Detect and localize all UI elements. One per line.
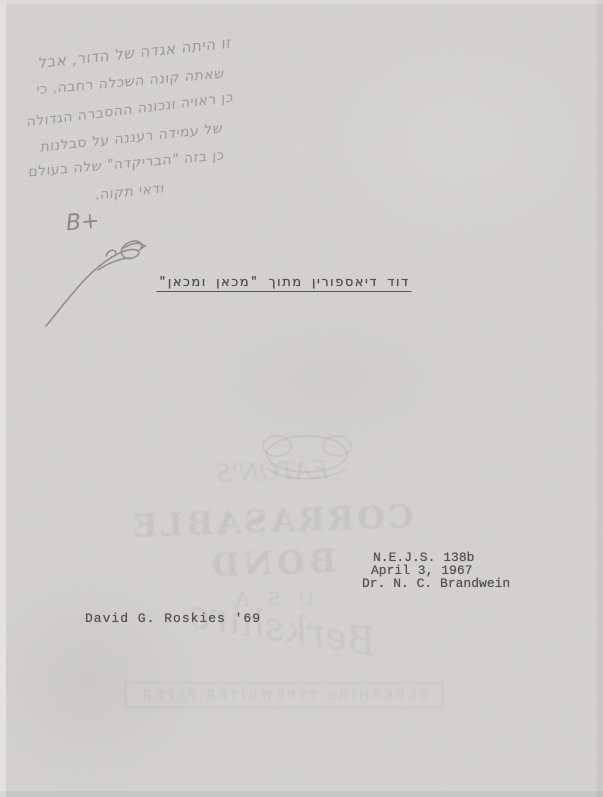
scan-edge-bottom: [0, 791, 603, 797]
paper-title: דוד דיאספורין מתוך "מכאן ומכאן": [156, 276, 411, 292]
watermark-origin: U S A: [229, 588, 314, 610]
scan-dark-blotch: [0, 560, 220, 797]
scan-edge-right: [597, 0, 603, 797]
scanned-title-page: EATON'S CORRASABLE BOND U S A Berkshire …: [0, 0, 603, 797]
author-name: David G. Roskies '69: [85, 612, 261, 625]
grade-mark: B+: [65, 209, 101, 237]
handwritten-note-line: זו היתה אגדה של הדור, אבל: [38, 34, 232, 72]
course-block: N.E.J.S. 138b April 3, 1967 Dr. N. C. Br…: [362, 551, 510, 590]
watermark-product: CORRASABLE: [129, 497, 413, 545]
watermark-script: Berkshire: [185, 592, 378, 665]
signature-flourish: [38, 236, 158, 331]
scan-dark-blotch: [180, 300, 480, 460]
watermark-banner: BERKSHIRE TYPEWRITER PAPER: [124, 682, 443, 708]
scan-light-blotch: [330, 40, 590, 240]
scan-edge-top: [0, 0, 603, 4]
course-instructor: Dr. N. C. Brandwein: [362, 577, 510, 590]
watermark-crest-icon: [232, 424, 382, 484]
handwritten-note-line: ודאי תקוה.: [95, 180, 165, 203]
scan-edge-left: [0, 0, 6, 797]
watermark-type: BOND: [207, 542, 337, 584]
watermark-brand: EATON'S: [214, 456, 328, 488]
